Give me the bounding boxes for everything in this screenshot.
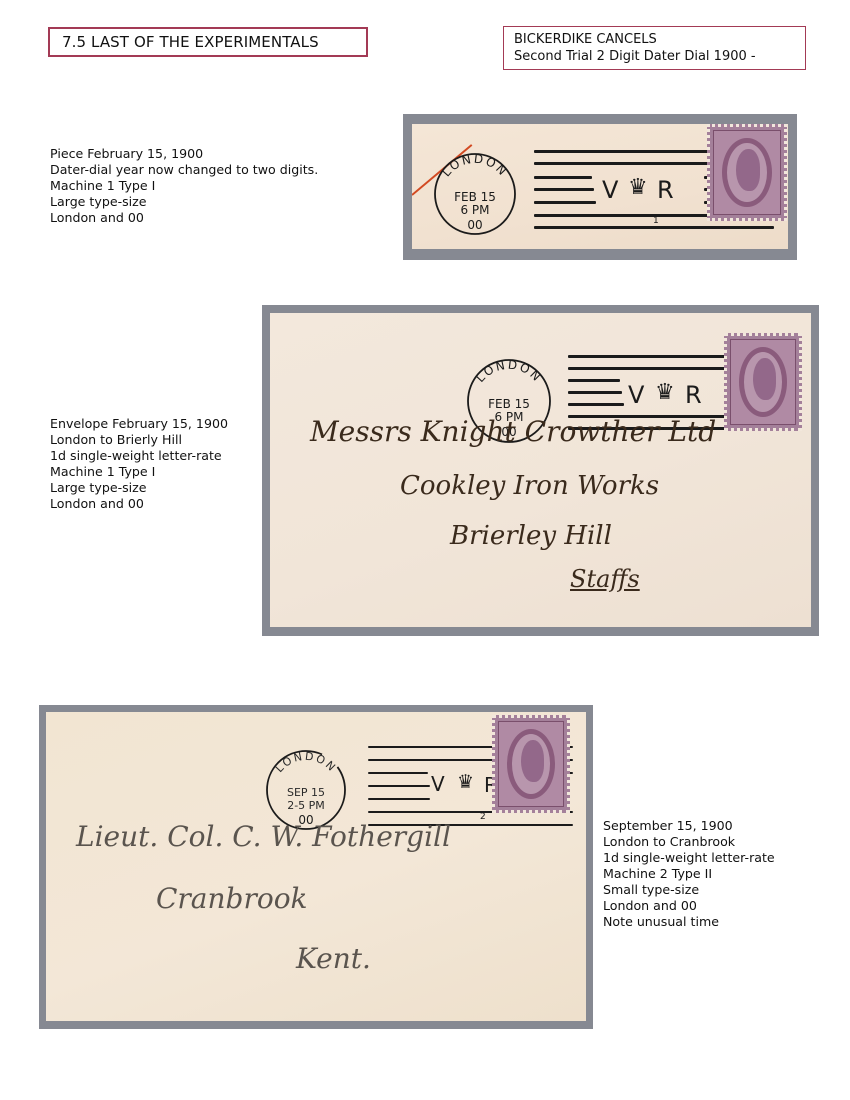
page-title: 7.5 LAST OF THE EXPERIMENTALS bbox=[48, 27, 368, 57]
piece-description: Piece February 15, 1900 Dater-dial year … bbox=[50, 146, 318, 226]
envelope-1-description: Envelope February 15, 1900 London to Bri… bbox=[50, 416, 228, 512]
description-line: Machine 1 Type I bbox=[50, 464, 228, 480]
category-box: BICKERDIKE CANCELS Second Trial 2 Digit … bbox=[503, 26, 806, 70]
penny-lilac-stamp bbox=[492, 715, 570, 813]
address-line: Staffs bbox=[570, 565, 640, 593]
description-line: Large type-size bbox=[50, 480, 228, 496]
cover-piece: LONDON FEB 15 6 PM 00 V ♛ R 1 bbox=[412, 124, 788, 249]
description-line: Envelope February 15, 1900 bbox=[50, 416, 228, 432]
svg-text:6 PM: 6 PM bbox=[460, 203, 489, 217]
envelope-1: LONDON FEB 15 6 PM 00 V ♛ R Messrs Knigh… bbox=[270, 313, 811, 627]
description-line: Machine 1 Type I bbox=[50, 178, 318, 194]
description-line: Small type-size bbox=[603, 882, 775, 898]
address-line: Cranbrook bbox=[156, 882, 308, 915]
cancel-v: V bbox=[431, 772, 445, 796]
address-line: Cookley Iron Works bbox=[400, 471, 659, 501]
envelope-2-mount: LONDON SEP 15 2-5 PM 00 V ♛ R 2 Lieut. C… bbox=[39, 705, 593, 1029]
svg-text:LONDON: LONDON bbox=[273, 750, 339, 775]
circular-datestamp: LONDON FEB 15 6 PM 00 bbox=[430, 149, 520, 239]
description-line: London to Brierly Hill bbox=[50, 432, 228, 448]
description-line: September 15, 1900 bbox=[603, 818, 775, 834]
cancel-r: R bbox=[657, 176, 674, 204]
description-line: London and 00 bbox=[50, 496, 228, 512]
description-line: Dater-dial year now changed to two digit… bbox=[50, 162, 318, 178]
description-line: London and 00 bbox=[50, 210, 318, 226]
machine-number: 1 bbox=[653, 216, 659, 226]
address-line: Brierley Hill bbox=[450, 521, 612, 551]
svg-text:SEP 15: SEP 15 bbox=[287, 786, 325, 799]
category-subtitle: Second Trial 2 Digit Dater Dial 1900 - bbox=[514, 48, 805, 65]
page-title-text: 7.5 LAST OF THE EXPERIMENTALS bbox=[62, 33, 319, 51]
category-title: BICKERDIKE CANCELS bbox=[514, 31, 805, 48]
description-line: 1d single-weight letter-rate bbox=[50, 448, 228, 464]
penny-lilac-stamp bbox=[724, 333, 802, 431]
address-line: Kent. bbox=[296, 942, 371, 975]
address-line: Messrs Knight Crowther Ltd bbox=[310, 415, 716, 448]
description-line: London to Cranbrook bbox=[603, 834, 775, 850]
cancel-v: V bbox=[628, 381, 644, 409]
envelope-2: LONDON SEP 15 2-5 PM 00 V ♛ R 2 Lieut. C… bbox=[46, 712, 586, 1021]
envelope-2-description: September 15, 1900 London to Cranbrook 1… bbox=[603, 818, 775, 930]
description-line: 1d single-weight letter-rate bbox=[603, 850, 775, 866]
svg-text:LONDON: LONDON bbox=[439, 152, 511, 180]
address-line: Lieut. Col. C. W. Fothergill bbox=[76, 820, 451, 853]
crown-icon: ♛ bbox=[628, 177, 648, 199]
piece-mount: LONDON FEB 15 6 PM 00 V ♛ R 1 bbox=[403, 114, 797, 260]
description-line: Large type-size bbox=[50, 194, 318, 210]
svg-text:LONDON: LONDON bbox=[473, 358, 545, 385]
svg-text:00: 00 bbox=[467, 218, 482, 232]
svg-text:FEB 15: FEB 15 bbox=[454, 190, 496, 204]
penny-lilac-stamp bbox=[707, 124, 787, 221]
svg-text:FEB 15: FEB 15 bbox=[488, 397, 530, 411]
crown-icon: ♛ bbox=[457, 773, 474, 792]
crown-icon: ♛ bbox=[655, 382, 675, 404]
envelope-1-mount: LONDON FEB 15 6 PM 00 V ♛ R Messrs Knigh… bbox=[262, 305, 819, 636]
machine-number: 2 bbox=[480, 812, 486, 822]
description-line: London and 00 bbox=[603, 898, 775, 914]
description-line: Piece February 15, 1900 bbox=[50, 146, 318, 162]
svg-text:2-5 PM: 2-5 PM bbox=[287, 799, 325, 812]
cancel-r: R bbox=[685, 381, 702, 409]
description-line: Machine 2 Type II bbox=[603, 866, 775, 882]
cancel-v: V bbox=[602, 176, 618, 204]
description-line: Note unusual time bbox=[603, 914, 775, 930]
